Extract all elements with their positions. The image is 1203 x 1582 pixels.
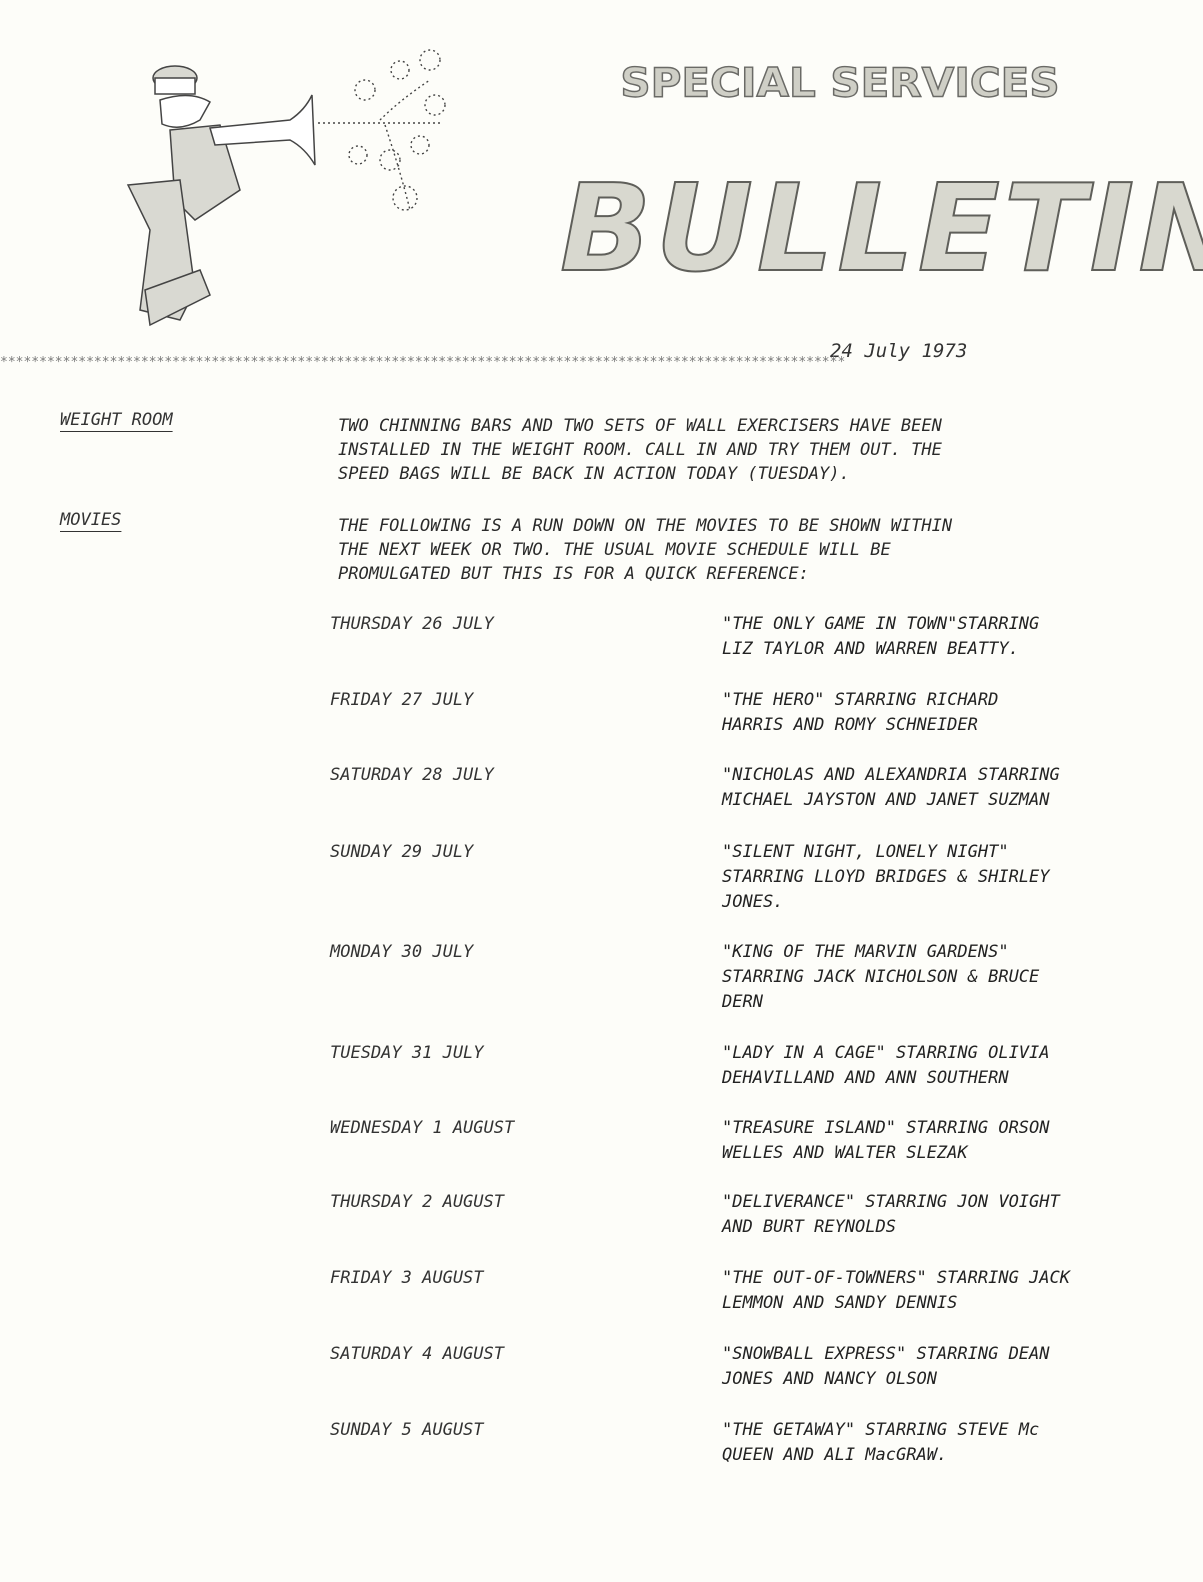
movie-day: TUESDAY 31 JULY: [330, 1041, 690, 1066]
movie-description: "SNOWBALL EXPRESS" STARRING DEAN JONES A…: [722, 1342, 1162, 1392]
movie-description: "LADY IN A CAGE" STARRING OLIVIA DEHAVIL…: [722, 1041, 1162, 1091]
movie-day: FRIDAY 3 AUGUST: [330, 1266, 690, 1291]
section-text-weight-room: TWO CHINNING BARS AND TWO SETS OF WALL E…: [338, 414, 1138, 486]
movie-day: FRIDAY 27 JULY: [330, 688, 690, 713]
masthead-org: SPECIAL SERVICES: [530, 59, 1150, 106]
section-text-movies: THE FOLLOWING IS A RUN DOWN ON THE MOVIE…: [338, 514, 1138, 586]
movie-description: "SILENT NIGHT, LONELY NIGHT" STARRING LL…: [722, 840, 1162, 915]
movie-day: SATURDAY 28 JULY: [330, 763, 690, 788]
movie-description: "THE HERO" STARRING RICHARD HARRIS AND R…: [722, 688, 1162, 738]
movie-description: "TREASURE ISLAND" STARRING ORSON WELLES …: [722, 1116, 1162, 1166]
movie-day: SUNDAY 5 AUGUST: [330, 1418, 690, 1443]
trumpeter-illustration: [100, 40, 480, 340]
movie-description: "NICHOLAS AND ALEXANDRIA STARRING MICHAE…: [722, 763, 1162, 813]
section-label-weight-room: WEIGHT ROOM: [60, 410, 173, 430]
movie-day: WEDNESDAY 1 AUGUST: [330, 1116, 690, 1141]
movie-description: "KING OF THE MARVIN GARDENS" STARRING JA…: [722, 940, 1162, 1015]
movie-day: THURSDAY 2 AUGUST: [330, 1190, 690, 1215]
movie-day: SUNDAY 29 JULY: [330, 840, 690, 865]
asterisk-divider: ****************************************…: [0, 355, 1203, 370]
movie-day: THURSDAY 26 JULY: [330, 612, 690, 637]
movie-description: "DELIVERANCE" STARRING JON VOIGHT AND BU…: [722, 1190, 1162, 1240]
movie-day: MONDAY 30 JULY: [330, 940, 690, 965]
masthead-title: BULLETIN: [560, 170, 1120, 290]
movie-description: "THE ONLY GAME IN TOWN"STARRING LIZ TAYL…: [722, 612, 1162, 662]
movie-description: "THE OUT-OF-TOWNERS" STARRING JACK LEMMO…: [722, 1266, 1162, 1316]
movie-day: SATURDAY 4 AUGUST: [330, 1342, 690, 1367]
movie-description: "THE GETAWAY" STARRING STEVE Mc QUEEN AN…: [722, 1418, 1162, 1468]
section-label-movies: MOVIES: [60, 510, 121, 530]
